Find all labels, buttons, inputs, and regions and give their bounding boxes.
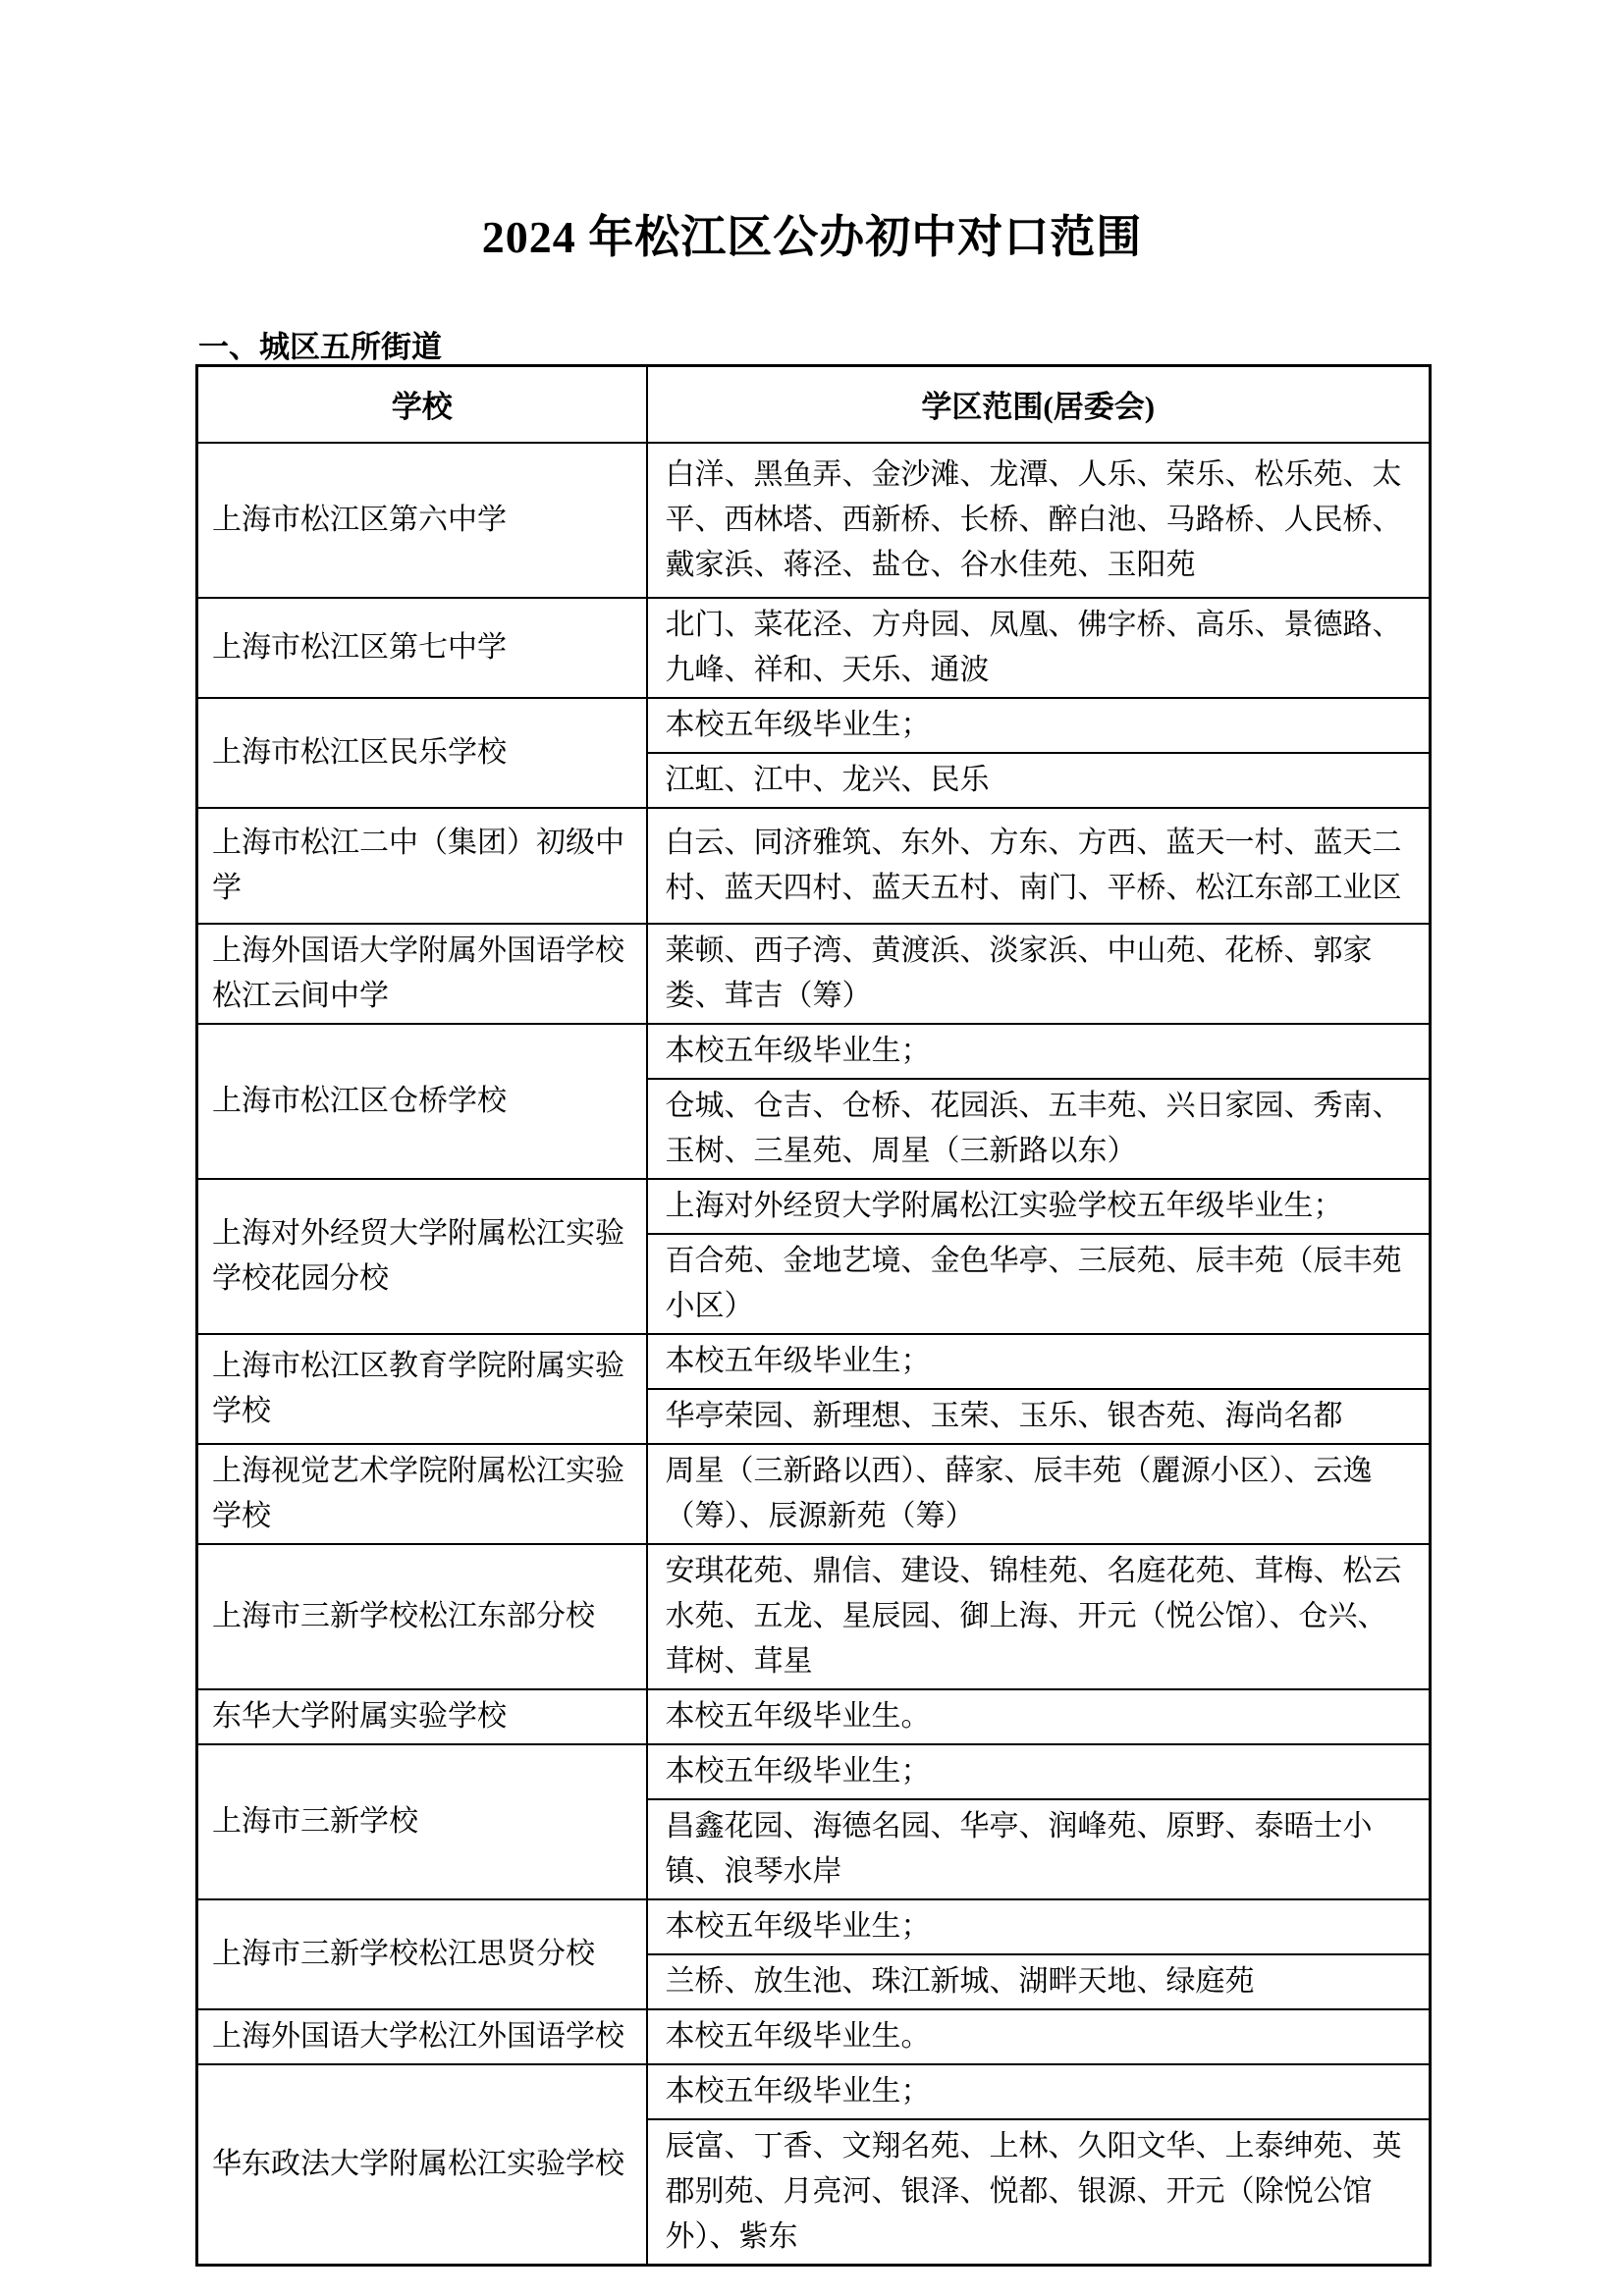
school-cell: 上海外国语大学附属外国语学校松江云间中学 bbox=[197, 924, 647, 1024]
school-cell: 东华大学附属实验学校 bbox=[197, 1689, 647, 1744]
table-row: 上海市松江区第七中学 北门、菜花泾、方舟园、凤凰、佛字桥、高乐、景德路、九峰、祥… bbox=[197, 598, 1431, 698]
schools-table: 学校 学区范围(居委会) 上海市松江区第六中学 白洋、黑鱼弄、金沙滩、龙潭、人乐… bbox=[195, 364, 1432, 2267]
table-row: 华东政法大学附属松江实验学校 本校五年级毕业生； bbox=[197, 2064, 1431, 2119]
table-row: 上海市松江区第六中学 白洋、黑鱼弄、金沙滩、龙潭、人乐、荣乐、松乐苑、太平、西林… bbox=[197, 443, 1431, 598]
page-title: 2024 年松江区公办初中对口范围 bbox=[0, 201, 1624, 266]
range-cell: 本校五年级毕业生； bbox=[647, 1024, 1431, 1079]
range-cell: 本校五年级毕业生。 bbox=[647, 2009, 1431, 2064]
range-cell: 上海对外经贸大学附属松江实验学校五年级毕业生； bbox=[647, 1179, 1431, 1234]
school-cell: 华东政法大学附属松江实验学校 bbox=[197, 2064, 647, 2266]
table-row: 上海市三新学校松江思贤分校 本校五年级毕业生； bbox=[197, 1899, 1431, 1954]
range-cell: 本校五年级毕业生； bbox=[647, 1334, 1431, 1389]
column-header-school: 学校 bbox=[197, 366, 647, 443]
table-row: 上海外国语大学松江外国语学校 本校五年级毕业生。 bbox=[197, 2009, 1431, 2064]
school-cell: 上海对外经贸大学附属松江实验学校花园分校 bbox=[197, 1179, 647, 1334]
range-cell: 北门、菜花泾、方舟园、凤凰、佛字桥、高乐、景德路、九峰、祥和、天乐、通波 bbox=[647, 598, 1431, 698]
range-cell: 本校五年级毕业生； bbox=[647, 1744, 1431, 1799]
range-cell: 安琪花苑、鼎信、建设、锦桂苑、名庭花苑、茸梅、松云水苑、五龙、星辰园、御上海、开… bbox=[647, 1544, 1431, 1689]
school-cell: 上海市三新学校松江思贤分校 bbox=[197, 1899, 647, 2009]
table-row: 上海市三新学校 本校五年级毕业生； bbox=[197, 1744, 1431, 1799]
school-cell: 上海市松江区第七中学 bbox=[197, 598, 647, 698]
school-cell: 上海市松江区仓桥学校 bbox=[197, 1024, 647, 1179]
table-row: 上海外国语大学附属外国语学校松江云间中学 莱顿、西子湾、黄渡浜、淡家浜、中山苑、… bbox=[197, 924, 1431, 1024]
range-cell: 本校五年级毕业生。 bbox=[647, 1689, 1431, 1744]
school-cell: 上海视觉艺术学院附属松江实验学校 bbox=[197, 1444, 647, 1544]
document-page: 2024 年松江区公办初中对口范围 一、城区五所街道 学校 学区范围(居委会) … bbox=[0, 0, 1624, 2296]
school-cell: 上海市松江二中（集团）初级中学 bbox=[197, 808, 647, 924]
table-row: 上海市松江二中（集团）初级中学 白云、同济雅筑、东外、方东、方西、蓝天一村、蓝天… bbox=[197, 808, 1431, 924]
table-row: 上海市三新学校松江东部分校 安琪花苑、鼎信、建设、锦桂苑、名庭花苑、茸梅、松云水… bbox=[197, 1544, 1431, 1689]
range-cell: 昌鑫花园、海德名园、华亭、润峰苑、原野、泰晤士小镇、浪琴水岸 bbox=[647, 1799, 1431, 1899]
school-cell: 上海市三新学校 bbox=[197, 1744, 647, 1899]
table-row: 上海市松江区仓桥学校 本校五年级毕业生； bbox=[197, 1024, 1431, 1079]
range-cell: 江虹、江中、龙兴、民乐 bbox=[647, 753, 1431, 808]
range-cell: 白云、同济雅筑、东外、方东、方西、蓝天一村、蓝天二村、蓝天四村、蓝天五村、南门、… bbox=[647, 808, 1431, 924]
column-header-range: 学区范围(居委会) bbox=[647, 366, 1431, 443]
table-row: 上海对外经贸大学附属松江实验学校花园分校 上海对外经贸大学附属松江实验学校五年级… bbox=[197, 1179, 1431, 1234]
range-cell: 兰桥、放生池、珠江新城、湖畔天地、绿庭苑 bbox=[647, 1954, 1431, 2009]
table-row: 东华大学附属实验学校 本校五年级毕业生。 bbox=[197, 1689, 1431, 1744]
table-header-row: 学校 学区范围(居委会) bbox=[197, 366, 1431, 443]
range-cell: 本校五年级毕业生； bbox=[647, 2064, 1431, 2119]
range-cell: 仓城、仓吉、仓桥、花园浜、五丰苑、兴日家园、秀南、玉树、三星苑、周星（三新路以东… bbox=[647, 1079, 1431, 1179]
school-cell: 上海市松江区民乐学校 bbox=[197, 698, 647, 808]
table-row: 上海市松江区教育学院附属实验学校 本校五年级毕业生； bbox=[197, 1334, 1431, 1389]
table-row: 上海视觉艺术学院附属松江实验学校 周星（三新路以西）、薛家、辰丰苑（麗源小区）、… bbox=[197, 1444, 1431, 1544]
school-cell: 上海市松江区第六中学 bbox=[197, 443, 647, 598]
range-cell: 华亭荣园、新理想、玉荣、玉乐、银杏苑、海尚名都 bbox=[647, 1389, 1431, 1444]
range-cell: 本校五年级毕业生； bbox=[647, 1899, 1431, 1954]
range-cell: 莱顿、西子湾、黄渡浜、淡家浜、中山苑、花桥、郭家娄、茸吉（筹） bbox=[647, 924, 1431, 1024]
range-cell: 百合苑、金地艺境、金色华亭、三辰苑、辰丰苑（辰丰苑小区） bbox=[647, 1234, 1431, 1334]
table-row: 上海市松江区民乐学校 本校五年级毕业生； bbox=[197, 698, 1431, 753]
section-heading: 一、城区五所街道 bbox=[198, 322, 442, 366]
school-cell: 上海市松江区教育学院附属实验学校 bbox=[197, 1334, 647, 1444]
range-cell: 白洋、黑鱼弄、金沙滩、龙潭、人乐、荣乐、松乐苑、太平、西林塔、西新桥、长桥、醉白… bbox=[647, 443, 1431, 598]
school-cell: 上海外国语大学松江外国语学校 bbox=[197, 2009, 647, 2064]
range-cell: 辰富、丁香、文翔名苑、上林、久阳文华、上泰绅苑、英郡别苑、月亮河、银泽、悦都、银… bbox=[647, 2119, 1431, 2266]
school-cell: 上海市三新学校松江东部分校 bbox=[197, 1544, 647, 1689]
range-cell: 周星（三新路以西）、薛家、辰丰苑（麗源小区）、云逸（筹）、辰源新苑（筹） bbox=[647, 1444, 1431, 1544]
range-cell: 本校五年级毕业生； bbox=[647, 698, 1431, 753]
